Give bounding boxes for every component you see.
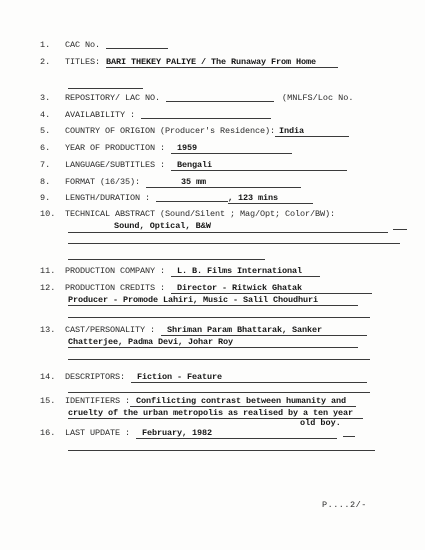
- field-13-value-2: Chatterjee, Padma Devi, Johar Roy: [68, 337, 358, 348]
- field-14-label: DESCRIPTORS:: [65, 372, 125, 382]
- field-technical-abstract-blank-1: [68, 235, 400, 246]
- page-footer: P....2/-: [322, 500, 367, 510]
- field-11-label: PRODUCTION COMPANY :: [65, 266, 165, 276]
- field-production-credits-blank: [68, 309, 370, 320]
- field-2-label: TITLES:: [65, 57, 100, 67]
- field-12-number: 12.: [40, 283, 65, 294]
- field-12-value: Director - Ritwick Ghatak: [171, 283, 372, 294]
- field-technical-abstract-blank-2: [68, 251, 265, 262]
- field-1-label: CAC No.: [65, 40, 100, 50]
- field-technical-abstract-value-line: Sound, Optical, B&W: [68, 221, 407, 233]
- field-country: 5.COUNTRY OF ORIGION (Producer's Residen…: [40, 126, 349, 137]
- field-1-blank-line: [106, 40, 168, 49]
- field-format: 8.FORMAT (16/35):35 mm: [40, 177, 301, 188]
- field-12-value-2: Producer - Promode Lahiri, Music - Salil…: [68, 295, 358, 306]
- field-identifiers: 15.IDENTIFIERS :Confilicting contrast be…: [40, 396, 356, 407]
- field-10-blank-line-1: [68, 235, 400, 244]
- field-4-label: AVAILABILITY :: [65, 110, 135, 120]
- field-language: 7.LANGUAGE/SUBTITLES :Bengali: [40, 160, 347, 171]
- field-1-number: 1.: [40, 40, 65, 51]
- field-7-label: LANGUAGE/SUBTITLES :: [65, 160, 165, 170]
- field-8-label: FORMAT (16/35):: [65, 177, 140, 187]
- field-cac-no: 1.CAC No.: [40, 40, 168, 51]
- field-5-label: COUNTRY OF ORIGION (Producer's Residence…: [65, 126, 275, 136]
- field-13-value: Shriman Param Bhattarak, Sanker: [161, 325, 367, 336]
- field-2-blank-line: [68, 80, 143, 89]
- field-cast: 13.CAST/PERSONALITY :Shriman Param Bhatt…: [40, 325, 367, 336]
- field-10-label: TECHNICAL ABSTRACT (Sound/Silent ; Mag/O…: [65, 209, 335, 219]
- field-5-value: India: [275, 126, 349, 137]
- field-2-number: 2.: [40, 57, 65, 68]
- field-14-blank-line: [68, 384, 370, 393]
- field-10-number: 10.: [40, 209, 65, 220]
- field-16-blank-line: [68, 442, 375, 451]
- field-13-label: CAST/PERSONALITY :: [65, 325, 155, 335]
- field-13-number: 13.: [40, 325, 65, 336]
- field-6-label: YEAR OF PRODUCTION :: [65, 143, 165, 153]
- field-16-number: 16.: [40, 428, 65, 439]
- field-6-value: 1959: [171, 143, 292, 154]
- field-10-trailing-dash: [393, 221, 407, 230]
- field-9-blank-line: [156, 193, 228, 202]
- field-14-value: Fiction - Feature: [131, 372, 367, 383]
- field-repository: 3.REPOSITORY/ LAC NO.(MNLFS/Loc No.: [40, 93, 353, 104]
- field-last-update: 16.LAST UPDATE :February, 1982: [40, 428, 355, 439]
- field-year: 6.YEAR OF PRODUCTION :1959: [40, 143, 292, 154]
- field-6-number: 6.: [40, 143, 65, 154]
- field-10-blank-line-2: [68, 251, 265, 260]
- field-11-number: 11.: [40, 266, 65, 277]
- field-2-value: BARI THEKEY PALIYE / The Runaway From Ho…: [106, 57, 338, 68]
- field-16-trailing-dash: [343, 428, 355, 437]
- field-8-value: 35 mm: [146, 177, 301, 188]
- field-production-credits: 12.PRODUCTION CREDITS :Director - Ritwic…: [40, 283, 372, 294]
- field-descriptors-blank: [68, 384, 370, 395]
- field-last-update-blank: [68, 442, 375, 453]
- field-3-blank-line: [166, 93, 274, 102]
- scanned-form-page: 1.CAC No. 2.TITLES:BARI THEKEY PALIYE / …: [0, 0, 425, 550]
- field-15-value-3: old boy.: [300, 418, 341, 428]
- field-10-value: Sound, Optical, B&W: [68, 221, 388, 233]
- field-15-number: 15.: [40, 396, 65, 407]
- field-production-credits-line-2: Producer - Promode Lahiri, Music - Salil…: [68, 295, 358, 306]
- field-16-label: LAST UPDATE :: [65, 428, 130, 438]
- field-descriptors: 14.DESCRIPTORS:Fiction - Feature: [40, 372, 367, 383]
- field-9-label: LENGTH/DURATION :: [65, 193, 150, 203]
- field-15-label: IDENTIFIERS :: [65, 396, 130, 406]
- field-11-value: L. B. Films International: [171, 266, 320, 277]
- field-15-value: Confilicting contrast between humanity a…: [130, 396, 356, 407]
- field-8-number: 8.: [40, 177, 65, 188]
- field-3-label: REPOSITORY/ LAC NO.: [65, 93, 160, 103]
- field-production-company: 11.PRODUCTION COMPANY :L. B. Films Inter…: [40, 266, 320, 277]
- field-7-number: 7.: [40, 160, 65, 171]
- field-availability: 4.AVAILABILITY :: [40, 110, 271, 121]
- field-12-blank-line: [68, 309, 370, 318]
- field-cast-blank: [68, 351, 370, 362]
- field-cast-line-2: Chatterjee, Padma Devi, Johar Roy: [68, 337, 358, 348]
- field-7-value: Bengali: [171, 160, 347, 171]
- field-technical-abstract: 10.TECHNICAL ABSTRACT (Sound/Silent ; Ma…: [40, 209, 335, 220]
- field-13-blank-line: [68, 351, 370, 360]
- field-4-number: 4.: [40, 110, 65, 121]
- field-9-number: 9.: [40, 193, 65, 204]
- field-5-number: 5.: [40, 126, 65, 137]
- field-titles: 2.TITLES:BARI THEKEY PALIYE / The Runawa…: [40, 57, 338, 68]
- field-titles-continuation-line: [68, 80, 143, 91]
- field-4-blank-line: [141, 110, 271, 119]
- field-3-suffix: (MNLFS/Loc No.: [282, 93, 353, 103]
- field-3-number: 3.: [40, 93, 65, 104]
- field-12-label: PRODUCTION CREDITS :: [65, 283, 165, 293]
- field-14-number: 14.: [40, 372, 65, 383]
- field-16-value: February, 1982: [136, 428, 337, 439]
- field-9-value: , 123 mins: [228, 193, 313, 204]
- field-length: 9.LENGTH/DURATION :, 123 mins: [40, 193, 313, 204]
